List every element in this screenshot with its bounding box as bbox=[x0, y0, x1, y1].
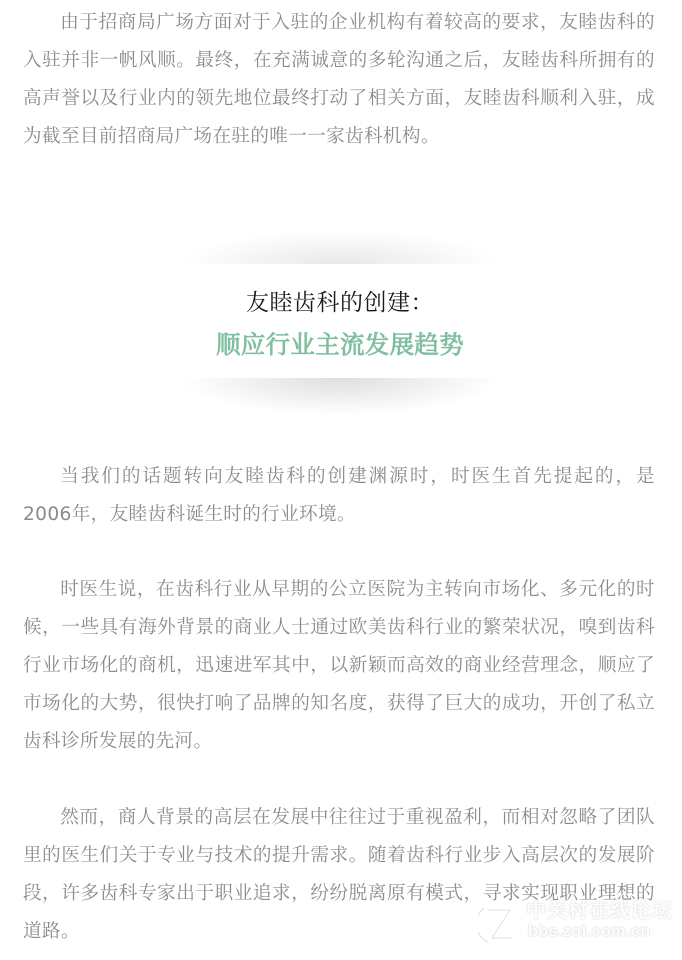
heading-shadow-bottom bbox=[180, 378, 500, 415]
heading-card-body bbox=[150, 264, 530, 378]
heading-shadow-top bbox=[180, 230, 500, 264]
watermark-url: bbs.zol.com.cn bbox=[528, 922, 651, 942]
section-heading-subtitle: 顺应行业主流发展趋势 bbox=[150, 330, 530, 360]
paragraph-origin: 当我们的话题转向友睦齿科的创建渊源时，时医生首先提起的，是2006年，友睦齿科诞… bbox=[23, 458, 655, 534]
zol-logo-icon bbox=[478, 900, 518, 946]
section-heading-title: 友睦齿科的创建： bbox=[150, 288, 530, 318]
watermark-site-name: 中关村在线论坛 bbox=[526, 898, 673, 922]
section-heading-card: 友睦齿科的创建： 顺应行业主流发展趋势 bbox=[150, 230, 530, 415]
paragraph-settling-in: 由于招商局广场方面对于入驻的企业机构有着较高的要求，友睦齿科的入驻并非一帆风顺。… bbox=[23, 4, 655, 156]
paragraph-industry-background: 时医生说，在齿科行业从早期的公立医院为主转向市场化、多元化的时候，一些具有海外背… bbox=[23, 571, 655, 761]
watermark: 中关村在线论坛 bbs.zol.com.cn bbox=[478, 898, 678, 948]
